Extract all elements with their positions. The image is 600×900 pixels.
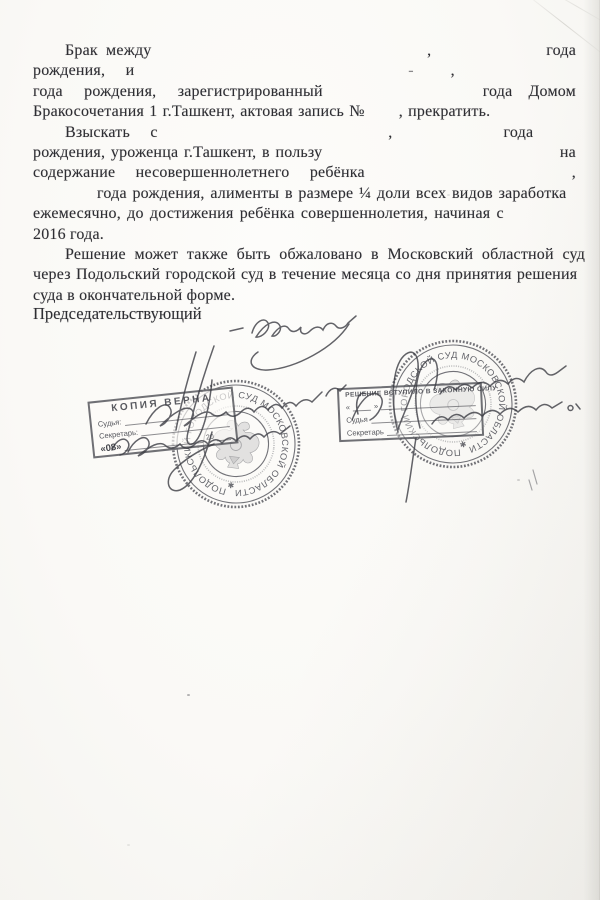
redacted-blank [490,102,576,122]
force-stamp-quote-open: « [346,403,351,412]
text-segment: Взыскать с [65,123,158,143]
copy-stamp-date: «08» [100,442,122,454]
scanned-court-document-page: Брак между,годарождения, и-,года рождени… [0,0,600,900]
redacted-blank [104,225,576,245]
dust-speck [187,694,190,696]
text-segment: года [504,123,534,143]
blank-line [353,402,371,412]
text-segment: через Подольский городской суд в течение… [33,265,577,285]
text-segment: Бракосочетания 1 г.Ташкент, актовая запи… [33,102,365,122]
blank-line [216,431,231,441]
redacted-blank [431,41,546,61]
redacted-blank [134,61,408,81]
document-line: Решение может также быть обжаловано в Мо… [33,245,576,265]
document-line: через Подольский городской суд в течение… [33,265,576,285]
redacted-blank [393,123,504,143]
seal-star: ✱ [227,481,235,491]
text-segment: Брак между [65,41,151,61]
text-segment: года [546,41,576,61]
text-segment: - [408,61,414,81]
text-segment: года рождения, зарегистрированный [33,82,323,102]
text-segment: на [560,143,576,163]
document-line: рождения, уроженца г.Ташкент, в пользуна [33,143,576,163]
document-line: Взыскать с,года [33,123,576,143]
redacted-blank [33,184,97,204]
text-segment: года [483,82,513,102]
blank-line [371,410,477,424]
document-line: содержание несовершеннолетнего ребёнка, [33,163,576,183]
force-stamp-judge-label: Судья [346,415,368,425]
redacted-blank [455,61,576,81]
force-stamp-title: РЕШЕНИЕ ВСТУПИЛО В ЗАКОННУЮ СИЛУ [345,386,475,399]
redacted-blank [365,102,399,122]
force-stamp-quote-close: » [374,401,379,410]
presiding-judge-label: Председательствующий [33,304,202,324]
copy-stamp-judge-label: Судья: [97,417,121,428]
document-line: Брак между,года [33,41,576,61]
redacted-blank [512,82,528,102]
signature-presiding [230,316,356,370]
text-segment: , [572,163,576,183]
text-segment: Домом [528,82,576,102]
document-line: ежемесячно, до достижения ребёнка соверш… [33,204,576,224]
redacted-blank [322,143,560,163]
text-segment: рождения, уроженца г.Ташкент, в пользу [33,143,322,163]
copy-stamp-secretary-label: Секретарь: [99,428,139,441]
redacted-blank [235,286,576,306]
blank-line [381,397,476,410]
text-segment: рождения, и [33,61,134,81]
document-line: года рождения, зарегистрированныйгодаДом… [33,82,576,102]
document-line: Бракосочетания 1 г.Ташкент, актовая запи… [33,102,576,122]
blank-line [387,423,477,436]
redacted-blank [365,163,572,183]
redacted-blank [504,204,576,224]
redacted-blank [533,123,576,143]
document-line: 2016 года. [33,225,576,245]
text-segment: содержание несовершеннолетнего ребёнка [33,163,365,183]
copy-stamp-year-prefix: 20 [206,433,215,443]
text-segment: года рождения, алименты в размере ¼ доли… [97,184,566,204]
document-body: Брак между,годарождения, и-,года рождени… [33,41,576,306]
seal-star: ✱ [459,440,468,450]
text-segment: , прекратить. [399,102,491,122]
redacted-blank [151,41,427,61]
text-segment: ежемесячно, до достижения ребёнка соверш… [33,204,504,224]
redacted-blank [414,61,451,81]
scan-edge-shading [583,0,600,900]
force-stamp-secretary-label: Секретарь [347,427,384,438]
text-segment: Решение может также быть обжаловано в Мо… [65,245,585,265]
text-segment: 2016 года. [33,225,104,245]
legal-force-stamp: РЕШЕНИЕ ВСТУПИЛО В ЗАКОННУЮ СИЛУ « » Суд… [337,382,484,442]
redacted-blank [323,82,483,102]
redacted-blank [158,123,389,143]
document-line: года рождения, алименты в размере ¼ доли… [33,184,576,204]
ink-marks [529,470,537,490]
document-line: рождения, и-, [33,61,576,81]
